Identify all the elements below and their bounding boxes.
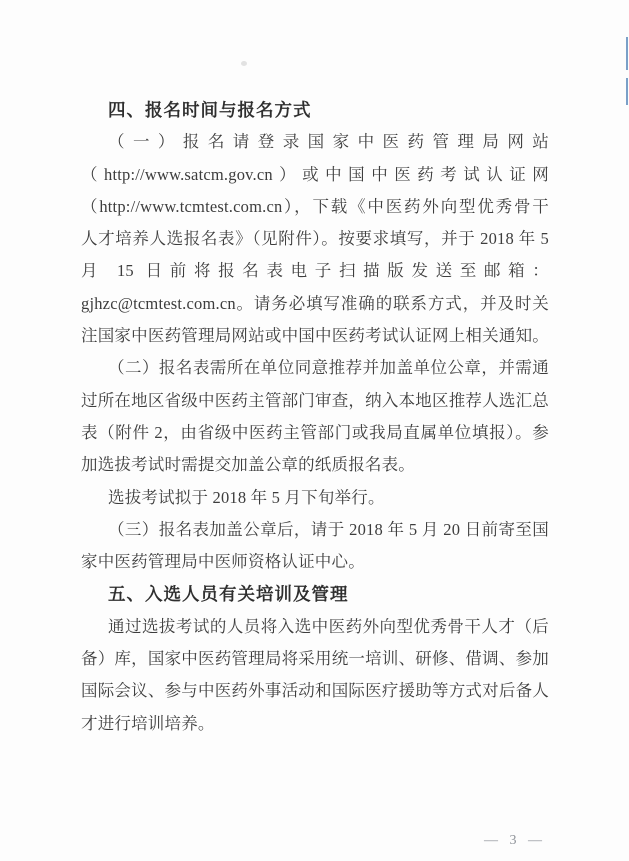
document-line: 过所在地区省级中医药主管部门审查，纳入本地区推荐人选汇总 <box>81 385 549 417</box>
document-line: （一）报名请登录国家中医药管理局网站 <box>81 126 549 158</box>
document-line: （http://www.tcmtest.com.cn），下载《中医药外向型优秀骨… <box>81 191 549 223</box>
document-line: 人才培养人选报名表》（见附件）。按要求填写，并于 2018 年 5 <box>81 223 549 255</box>
document-line: （http://www.satcm.gov.cn）或中国中医药考试认证网 <box>81 159 549 191</box>
document-line: 选拔考试拟于 2018 年 5 月下旬举行。 <box>81 482 549 514</box>
document-line: 国际会议、参与中医药外事活动和国际医疗援助等方式对后备人 <box>81 675 549 707</box>
document-line: 月 15 日前将报名表电子扫描版发送至邮箱： <box>81 255 549 287</box>
document-line-email: gjhzc@tcmtest.com.cn。请务必填写准确的联系方式，并及时关 <box>81 288 549 320</box>
page-number: — 3 — <box>478 831 552 851</box>
page-edge-mark-bottom <box>626 78 628 105</box>
page-edge-mark-top <box>626 37 628 70</box>
document-line: 注国家中医药管理局网站或中国中医药考试认证网上相关通知。 <box>81 320 549 352</box>
document-line: 才进行培训培养。 <box>81 708 549 740</box>
document-line: 备）库，国家中医药管理局将采用统一培训、研修、借调、参加 <box>81 643 549 675</box>
document-line: 加选拔考试时需提交加盖公章的纸质报名表。 <box>81 449 549 481</box>
document-line: 通过选拔考试的人员将入选中医药外向型优秀骨干人才（后 <box>81 611 549 643</box>
section-heading-5: 五、入选人员有关培训及管理 <box>81 578 549 610</box>
scan-speck <box>241 61 247 66</box>
document-line: 家中医药管理局中医师资格认证中心。 <box>81 546 549 578</box>
document-line: 表（附件 2，由省级中医药主管部门或我局直属单位填报）。参 <box>81 417 549 449</box>
document-body: 四、报名时间与报名方式 （一）报名请登录国家中医药管理局网站 （http://w… <box>81 94 549 740</box>
scanned-document-page: 四、报名时间与报名方式 （一）报名请登录国家中医药管理局网站 （http://w… <box>0 0 629 861</box>
document-line: （二）报名表需所在单位同意推荐并加盖单位公章，并需通 <box>81 352 549 384</box>
document-line: （三）报名表加盖公章后，请于 2018 年 5 月 20 日前寄至国 <box>81 514 549 546</box>
section-heading-4: 四、报名时间与报名方式 <box>81 94 549 126</box>
